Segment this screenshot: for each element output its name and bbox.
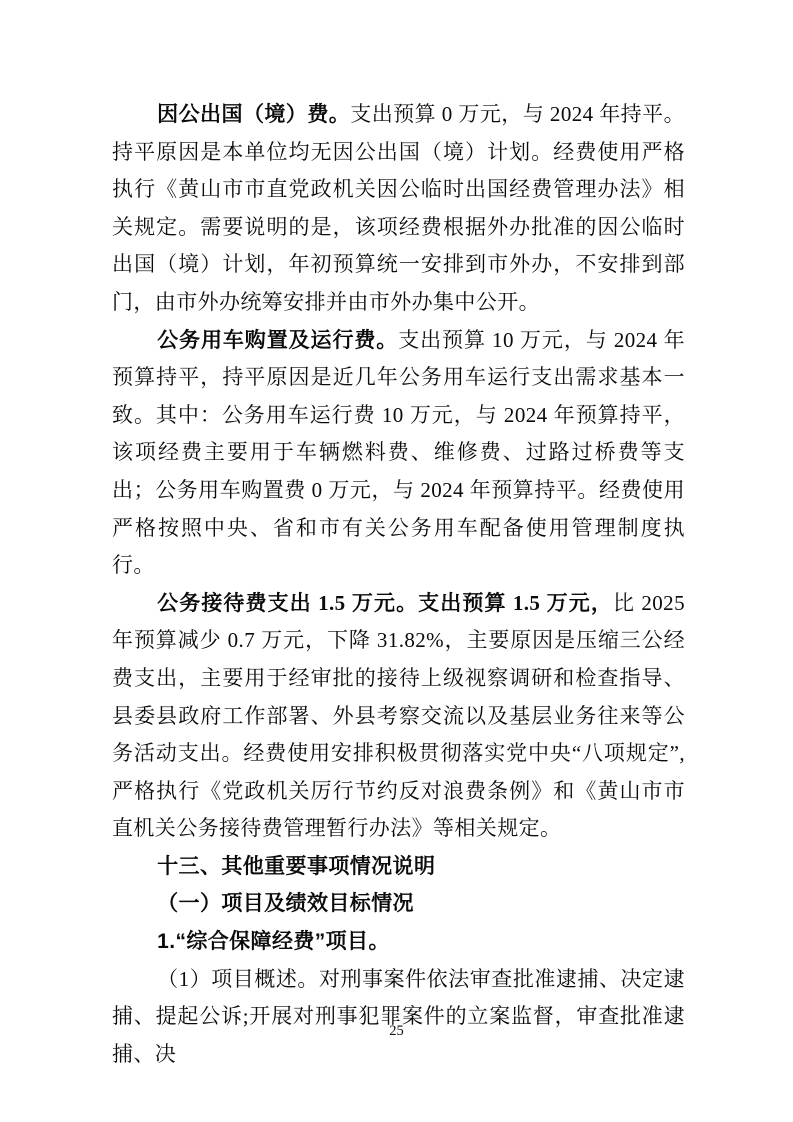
- official-reception-body: 比 2025 年预算减少 0.7 万元，下降 31.82%，主要原因是压缩三公经…: [112, 591, 685, 841]
- page-number: 25: [0, 1023, 793, 1040]
- official-vehicle-body: 支出预算 10 万元，与 2024 年预算持平，持平原因是近几年公务用车运行支出…: [112, 328, 685, 578]
- page-content: 因公出国（境）费。支出预算 0 万元，与 2024 年持平。持平原因是本单位均无…: [112, 96, 685, 1073]
- official-vehicle-lead: 公务用车购置及运行费。: [157, 328, 398, 352]
- heading-item-1: 1.“综合保障经费”项目。: [112, 923, 685, 961]
- paragraph-official-vehicle: 公务用车购置及运行费。支出预算 10 万元，与 2024 年预算持平，持平原因是…: [112, 322, 685, 585]
- abroad-fee-lead: 因公出国（境）费。: [157, 102, 350, 126]
- paragraph-abroad-fee: 因公出国（境）费。支出预算 0 万元，与 2024 年持平。持平原因是本单位均无…: [112, 96, 685, 322]
- heading-section-13: 十三、其他重要事项情况说明: [112, 848, 685, 886]
- official-reception-lead: 公务接待费支出 1.5 万元。支出预算 1.5 万元，: [157, 591, 613, 615]
- paragraph-project-overview: （1）项目概述。对刑事案件依法审查批准逮捕、决定逮捕、提起公诉;开展对刑事犯罪案…: [112, 961, 685, 1074]
- document-page: 因公出国（境）费。支出预算 0 万元，与 2024 年持平。持平原因是本单位均无…: [0, 0, 793, 1122]
- heading-subsection-1: （一）项目及绩效目标情况: [112, 885, 685, 923]
- abroad-fee-body: 支出预算 0 万元，与 2024 年持平。持平原因是本单位均无因公出国（境）计划…: [112, 102, 685, 314]
- paragraph-official-reception: 公务接待费支出 1.5 万元。支出预算 1.5 万元，比 2025 年预算减少 …: [112, 585, 685, 848]
